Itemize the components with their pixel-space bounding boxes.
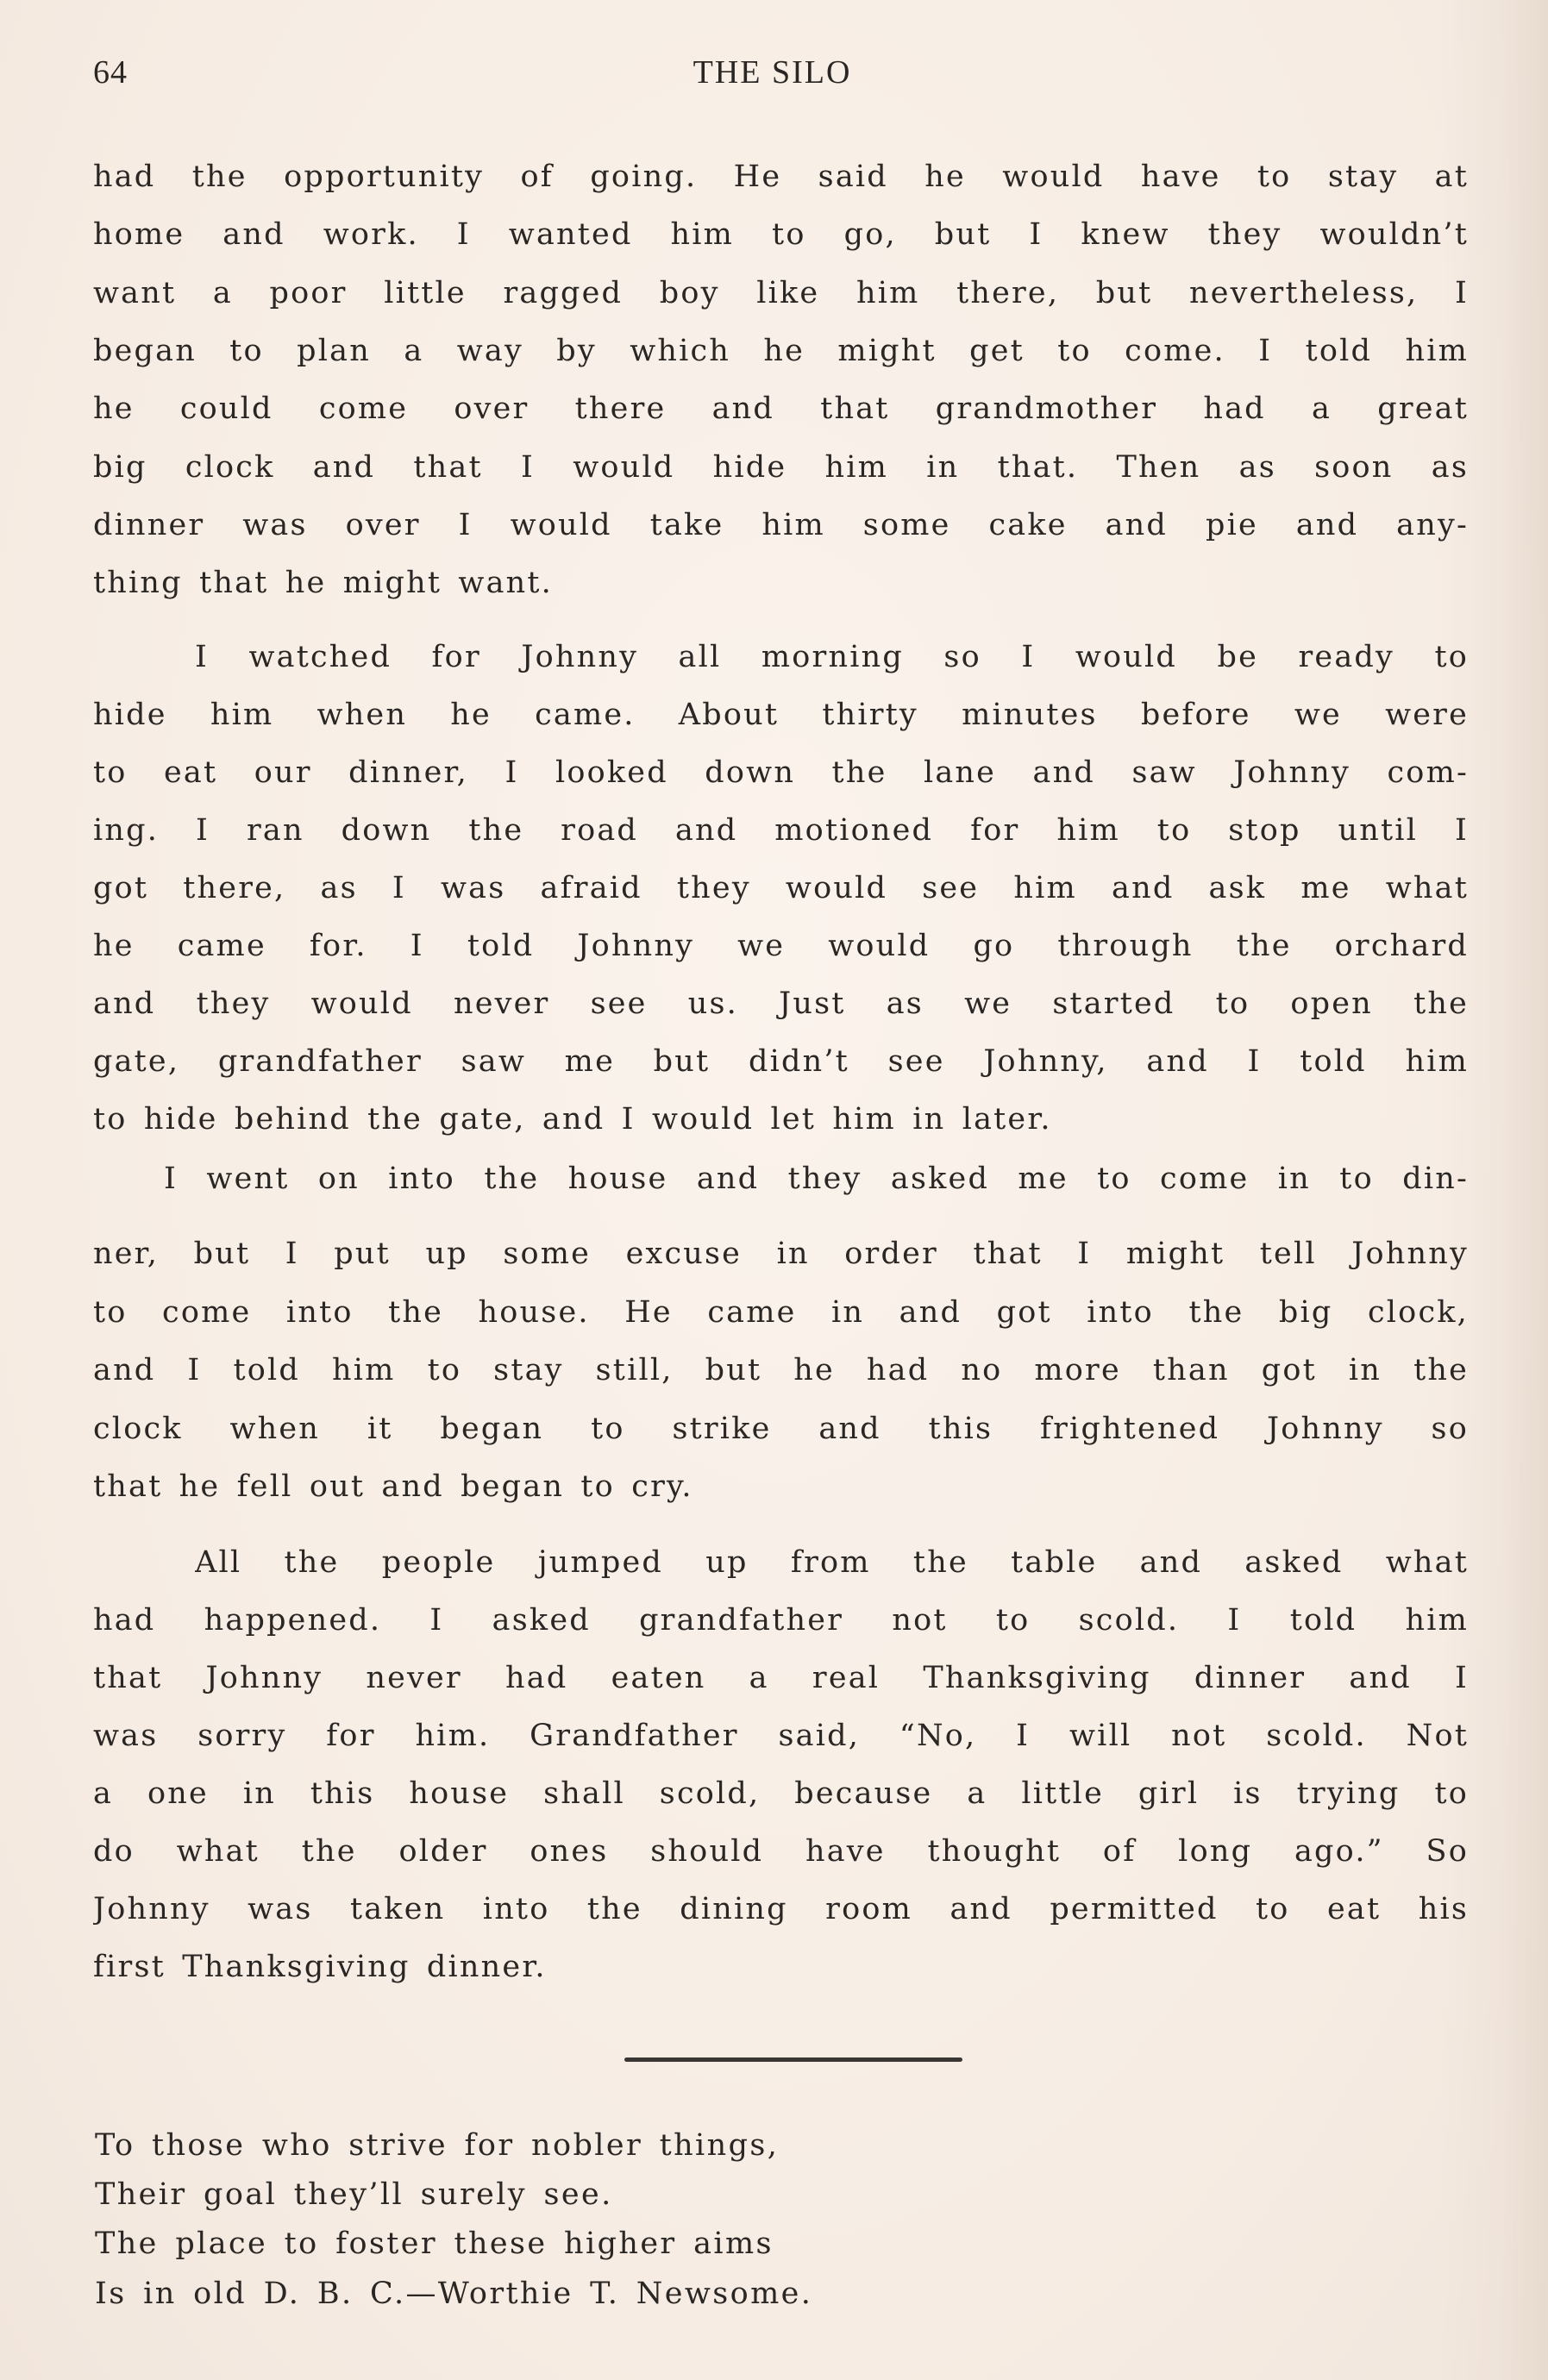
body-line: to eat our dinner, I looked down the lan…	[93, 755, 1469, 795]
body-line: dinner was over I would take him some ca…	[93, 508, 1469, 548]
body-line: first Thanksgiving dinner.	[93, 1950, 1469, 1993]
body-line: he came for. I told Johnny we would go t…	[93, 929, 1469, 968]
scanned-page: 64 THE SILO had the opportunity of going…	[0, 0, 1548, 2380]
body-line: to come into the house. He came in and g…	[93, 1295, 1469, 1335]
body-line: that Johnny never had eaten a real Thank…	[93, 1661, 1469, 1700]
verse-line: Their goal they’ll surely see.	[95, 2177, 613, 2212]
body-line: got there, as I was afraid they would se…	[93, 871, 1469, 911]
body-line: clock when it began to strike and this f…	[93, 1412, 1469, 1451]
body-line: had the opportunity of going. He said he…	[93, 160, 1469, 199]
body-line: a one in this house shall scold, because…	[93, 1776, 1469, 1816]
body-line: want a poor little ragged boy like him t…	[93, 276, 1469, 316]
body-line: he could come over there and that grandm…	[93, 391, 1469, 431]
body-line: ing. I ran down the road and motioned fo…	[93, 813, 1469, 853]
body-line: and I told him to stay still, but he had…	[93, 1353, 1469, 1393]
body-line: Johnny was taken into the dining room an…	[93, 1892, 1469, 1932]
verse-line: To those who strive for nobler things,	[95, 2128, 779, 2163]
body-line: do what the older ones should have thoug…	[93, 1834, 1469, 1874]
verse-line: The place to foster these higher aims	[95, 2227, 774, 2261]
body-line: home and work. I wanted him to go, but I…	[93, 217, 1469, 257]
body-line: and they would never see us. Just as we …	[93, 986, 1469, 1026]
body-line: I went on into the house and they asked …	[164, 1162, 1469, 1201]
body-line: that he fell out and began to cry.	[93, 1469, 1469, 1513]
body-line: I watched for Johnny all morning so I wo…	[195, 640, 1469, 680]
body-line: was sorry for him. Grandfather said, “No…	[93, 1719, 1469, 1758]
body-line: ner, but I put up some excuse in order t…	[93, 1237, 1469, 1276]
page-header: 64 THE SILO	[93, 53, 1469, 97]
body-line: began to plan a way by which he might ge…	[93, 334, 1469, 373]
body-line: big clock and that I would hide him in t…	[93, 450, 1469, 490]
body-line: thing that he might want.	[93, 566, 1469, 609]
verse-attribution-line: Is in old D. B. C.—Worthie T. Newsome.	[95, 2277, 812, 2311]
body-line: All the people jumped up from the table …	[195, 1545, 1469, 1585]
running-title: THE SILO	[76, 53, 1469, 91]
body-line: hide him when he came. About thirty minu…	[93, 698, 1469, 737]
body-line: to hide behind the gate, and I would let…	[93, 1102, 1469, 1145]
body-line: had happened. I asked grandfather not to…	[93, 1603, 1469, 1643]
section-divider	[624, 2057, 962, 2062]
body-line: gate, grandfather saw me but didn’t see …	[93, 1044, 1469, 1084]
